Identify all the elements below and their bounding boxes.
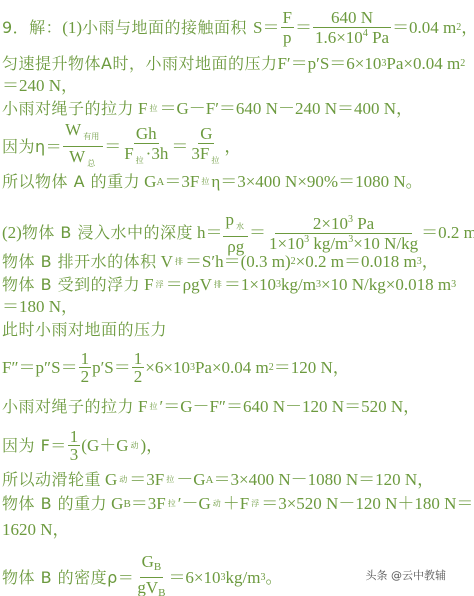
area-result: ＝0.04 m xyxy=(392,18,456,38)
pressure-expr-2: Pa×0.04 m xyxy=(386,54,460,74)
subscript: 拉 xyxy=(166,470,174,490)
solution-line-11: 此时小雨对地面的压力 xyxy=(2,320,167,340)
buoyancy-expr-4: ×10 N/kg×0.018 m xyxy=(321,275,451,295)
fraction-denominator: 3F拉 xyxy=(189,144,223,170)
buoyancy-text: 物体 B 受到的浮力 xyxy=(2,275,140,295)
contact-area-text: 小雨与地面的接触面积 xyxy=(82,18,247,38)
fraction-numerator: 1 xyxy=(79,350,92,368)
solution-line-17: 1620 N， xyxy=(2,520,70,540)
equals: ＝ xyxy=(171,137,188,157)
pressure-text: 匀速提升物体A时，小雨对地面的压力 xyxy=(2,54,277,74)
punct: )， xyxy=(141,436,164,456)
fraction-work-ratio: W有用 W总 xyxy=(63,120,103,173)
density-expr: ＝6×10 xyxy=(168,568,220,588)
density-text: 物体 B 的密度ρ＝ xyxy=(2,568,134,588)
weight-b-text: 物体 B 的重力 xyxy=(2,494,107,514)
fraction-numerator: 640 N xyxy=(313,8,391,28)
pressure-result: ＝240 N， xyxy=(2,76,78,96)
subscript: 排 xyxy=(214,275,222,295)
buoyancy-expr: ＝ρgV xyxy=(166,275,212,295)
subscript: 拉 xyxy=(168,494,176,514)
area-lhs: S＝ xyxy=(253,18,279,38)
solution-line-4: 小雨对绳子的拉力 F拉＝G－F′＝640 N－240 N＝400 N， xyxy=(2,99,413,119)
buoyancy-expr-3: kg/m xyxy=(281,275,316,295)
pulley-weight-text: 所以动滑轮重 xyxy=(2,470,101,490)
fraction-p-over-rho-g: p水 ρg xyxy=(223,210,248,256)
depth-text: 物体 B 浸入水中的深度 xyxy=(22,223,193,243)
fraction-numerator: p水 xyxy=(223,210,248,237)
part2-label: (2) xyxy=(2,223,22,243)
density-expr-2: kg/m xyxy=(226,568,261,588)
pulley-weight-expr-2: －G xyxy=(176,470,205,490)
fraction-gb-over-gvb: GB gVB xyxy=(135,552,167,596)
fraction-gh: Gh F拉·3h xyxy=(122,124,170,170)
rope-pull-expr-2: ′＝G－F″＝640 N－120 N＝520 N， xyxy=(159,397,420,417)
punct: ， xyxy=(422,252,439,272)
efficiency-text: 因为η＝ xyxy=(2,137,62,157)
volume-expr: ＝S′h＝(0.3 m) xyxy=(185,252,291,272)
fraction-numerator: 1 xyxy=(68,428,81,446)
fraction-force-over-pressure: 640 N 1.6×104 Pa xyxy=(313,8,391,47)
punct: ， xyxy=(461,18,474,38)
punct: ， xyxy=(224,137,241,157)
fraction-denominator: 2 xyxy=(79,368,92,385)
fraction-numerator: 2×103 Pa xyxy=(275,214,412,234)
rope-pull-expr: ＝G－F′＝640 N－240 N＝400 N， xyxy=(159,99,413,119)
g-symbol: G xyxy=(105,470,117,490)
fraction-denominator: p xyxy=(281,28,294,47)
num-base: 2×10 xyxy=(313,214,348,233)
fraction-denominator: W总 xyxy=(67,147,99,173)
ground-pressure-text: 此时小雨对地面的压力 xyxy=(2,320,167,340)
solution-line-7: (2) 物体 B 浸入水中的深度 h＝ p水 ρg ＝ 2×103 Pa 1×1… xyxy=(2,210,474,256)
subscript: 动 xyxy=(213,494,221,514)
solution-line-1: 9．解： (1) 小雨与地面的接触面积 S＝ F p ＝ 640 N 1.6×1… xyxy=(2,8,474,47)
weight-b-expr-3: ＋F xyxy=(223,494,249,514)
den-tail: ×10 N/kg xyxy=(353,234,418,253)
subscript: 拉 xyxy=(149,397,157,417)
problem-number: 9．解： xyxy=(2,18,62,38)
fraction-numerator: F xyxy=(281,8,294,28)
equals: ＝ xyxy=(104,137,121,157)
force-symbol: F xyxy=(138,397,147,417)
fraction-denominator: 1.6×104 Pa xyxy=(313,28,391,47)
fraction-denominator: 2 xyxy=(132,368,145,385)
fraction-f-over-p: F p xyxy=(281,8,294,47)
subscript: 浮 xyxy=(251,494,259,514)
subscript: B xyxy=(158,587,165,596)
num-base: W xyxy=(65,120,81,139)
num-unit: Pa xyxy=(353,214,374,233)
solution-line-6: 所以物体 A 的重力 GA＝3F拉η＝3×400 N×90%＝1080 N。 xyxy=(2,172,423,192)
solution-line-9: 物体 B 受到的浮力 F浮＝ρgV排＝1×103 kg/m3×10 N/kg×0… xyxy=(2,275,456,295)
half-pressure-expr-4: Pa×0.04 m xyxy=(195,358,269,378)
solution-line-10: ＝180 N， xyxy=(2,297,78,317)
fraction-g-over-3f: G 3F拉 xyxy=(189,124,223,170)
part1-label: (1) xyxy=(62,18,82,38)
equals: ＝ xyxy=(295,18,312,38)
v-symbol: V xyxy=(161,252,173,272)
half-pressure-result: ＝120 N， xyxy=(274,358,350,378)
rope-pull-text: 小雨对绳子的拉力 xyxy=(2,99,134,119)
pulley-relation-text: 因为 F＝ xyxy=(2,436,67,456)
force-symbol: F xyxy=(144,275,153,295)
subscript: 拉 xyxy=(211,156,219,165)
pressure-expr: F′＝p′S＝6×10 xyxy=(277,54,381,74)
fraction-numerator: GB xyxy=(140,552,164,578)
solution-line-13: 小雨对绳子的拉力 F拉′＝G－F″＝640 N－120 N＝520 N， xyxy=(2,397,420,417)
num-base: G xyxy=(142,552,154,571)
fraction-denominator: F拉·3h xyxy=(122,144,170,170)
solution-line-8: 物体 B 排开水的体积 V排＝S′h＝(0.3 m)2×0.2 m＝0.018 … xyxy=(2,252,439,272)
solution-line-2: 匀速提升物体A时，小雨对地面的压力 F′＝p′S＝6×103 Pa×0.04 m… xyxy=(2,54,465,74)
fraction-denominator: gVB xyxy=(135,578,167,596)
weight-a-expr: ＝3F xyxy=(164,172,199,192)
subscript: 拉 xyxy=(149,99,157,119)
weight-a-text: 所以物体 A 的重力 xyxy=(2,172,140,192)
solution-line-18: 物体 B 的密度ρ＝ GB gVB ＝6×103 kg/m3。 xyxy=(2,552,282,596)
punct: 。 xyxy=(265,568,282,588)
subscript: 有用 xyxy=(83,132,99,141)
den-base: 1×10 xyxy=(269,234,304,253)
half-pressure-expr-2: p′S＝ xyxy=(92,358,131,378)
weight-b-expr-2: ′－G xyxy=(178,494,211,514)
subscript: A xyxy=(156,172,164,192)
subscript: 动 xyxy=(131,436,139,456)
solution-line-15: 所以动滑轮重 G动＝3F拉－GA＝3×400 N－1080 N＝120 N， xyxy=(2,470,434,490)
fraction-denominator: 3 xyxy=(68,446,81,463)
half-pressure-expr-3: ×6×10 xyxy=(145,358,190,378)
rope-pull-text-2: 小雨对绳子的拉力 xyxy=(2,397,134,417)
fraction-numerator: Gh xyxy=(134,124,159,144)
equals: ＝ xyxy=(249,223,266,243)
fraction-one-half: 1 2 xyxy=(79,350,92,385)
solution-line-3: ＝240 N， xyxy=(2,76,78,96)
half-pressure-expr: F″＝p″S＝ xyxy=(2,358,78,378)
depth-result: ＝0.2 m， xyxy=(421,223,474,243)
fraction-depth-calc: 2×103 Pa 1×103 kg/m3×10 N/kg xyxy=(267,214,420,253)
den-unit: Pa xyxy=(368,28,389,47)
solution-line-12: F″＝p″S＝ 1 2 p′S＝ 1 2 ×6×103 Pa×0.04 m2＝1… xyxy=(2,350,350,385)
subscript: 动 xyxy=(119,470,127,490)
subscript: A xyxy=(206,470,214,490)
weight-b-expr-4: ＝3×520 N－120 N＋180 N＝ xyxy=(261,494,473,514)
den-base: 3F xyxy=(191,144,209,163)
subscript: 拉 xyxy=(201,172,209,192)
pulley-weight-expr: ＝3F xyxy=(129,470,164,490)
watermark: 头条 @云中教辅 xyxy=(366,567,447,583)
weight-a-expr-2: η＝3×400 N×90%＝1080 N。 xyxy=(211,172,422,192)
solution-line-14: 因为 F＝ 1 3 (G＋G动)， xyxy=(2,428,163,463)
den-base: gV xyxy=(137,578,158,596)
weight-b-result: 1620 N， xyxy=(2,520,70,540)
den-base: F xyxy=(124,144,133,163)
pulley-weight-result: ＝3×400 N－1080 N＝120 N， xyxy=(214,470,435,490)
g-symbol: G xyxy=(111,494,123,514)
solution-line-5: 因为η＝ W有用 W总 ＝ Gh F拉·3h ＝ G 3F拉 ， xyxy=(2,120,241,173)
fraction-numerator: G xyxy=(198,124,214,144)
num-base: p xyxy=(225,210,234,229)
buoyancy-expr-2: ＝1×10 xyxy=(224,275,276,295)
subscript: 浮 xyxy=(156,275,164,295)
solution-line-16: 物体 B 的重力 GB＝3F拉′－G动＋F浮＝3×520 N－120 N＋180… xyxy=(2,494,473,514)
subscript: 水 xyxy=(236,222,244,231)
volume-expr-2: ×0.2 m＝0.018 m xyxy=(296,252,417,272)
volume-text: 物体 B 排开水的体积 xyxy=(2,252,157,272)
weight-b-expr: ＝3F xyxy=(131,494,166,514)
subscript: 排 xyxy=(175,252,183,272)
den-tail: ·3h xyxy=(146,144,169,163)
den-unit: kg/m xyxy=(309,234,348,253)
fraction-one-half: 1 2 xyxy=(132,350,145,385)
fraction-numerator: W有用 xyxy=(63,120,103,147)
fraction-numerator: 1 xyxy=(132,350,145,368)
g-symbol: G xyxy=(144,172,156,192)
depth-lhs: h＝ xyxy=(197,223,223,243)
den-base: 1.6×10 xyxy=(315,28,363,47)
fraction-denominator: 1×103 kg/m3×10 N/kg xyxy=(267,234,420,253)
subscript: 总 xyxy=(87,159,95,168)
subscript: B xyxy=(154,561,161,573)
fraction-one-third: 1 3 xyxy=(68,428,81,463)
den-base: W xyxy=(69,147,85,166)
subscript: 拉 xyxy=(136,156,144,165)
pulley-relation-expr: (G＋G xyxy=(81,436,128,456)
subscript: B xyxy=(123,494,130,514)
force-symbol: F xyxy=(138,99,147,119)
buoyancy-result: ＝180 N， xyxy=(2,297,78,317)
